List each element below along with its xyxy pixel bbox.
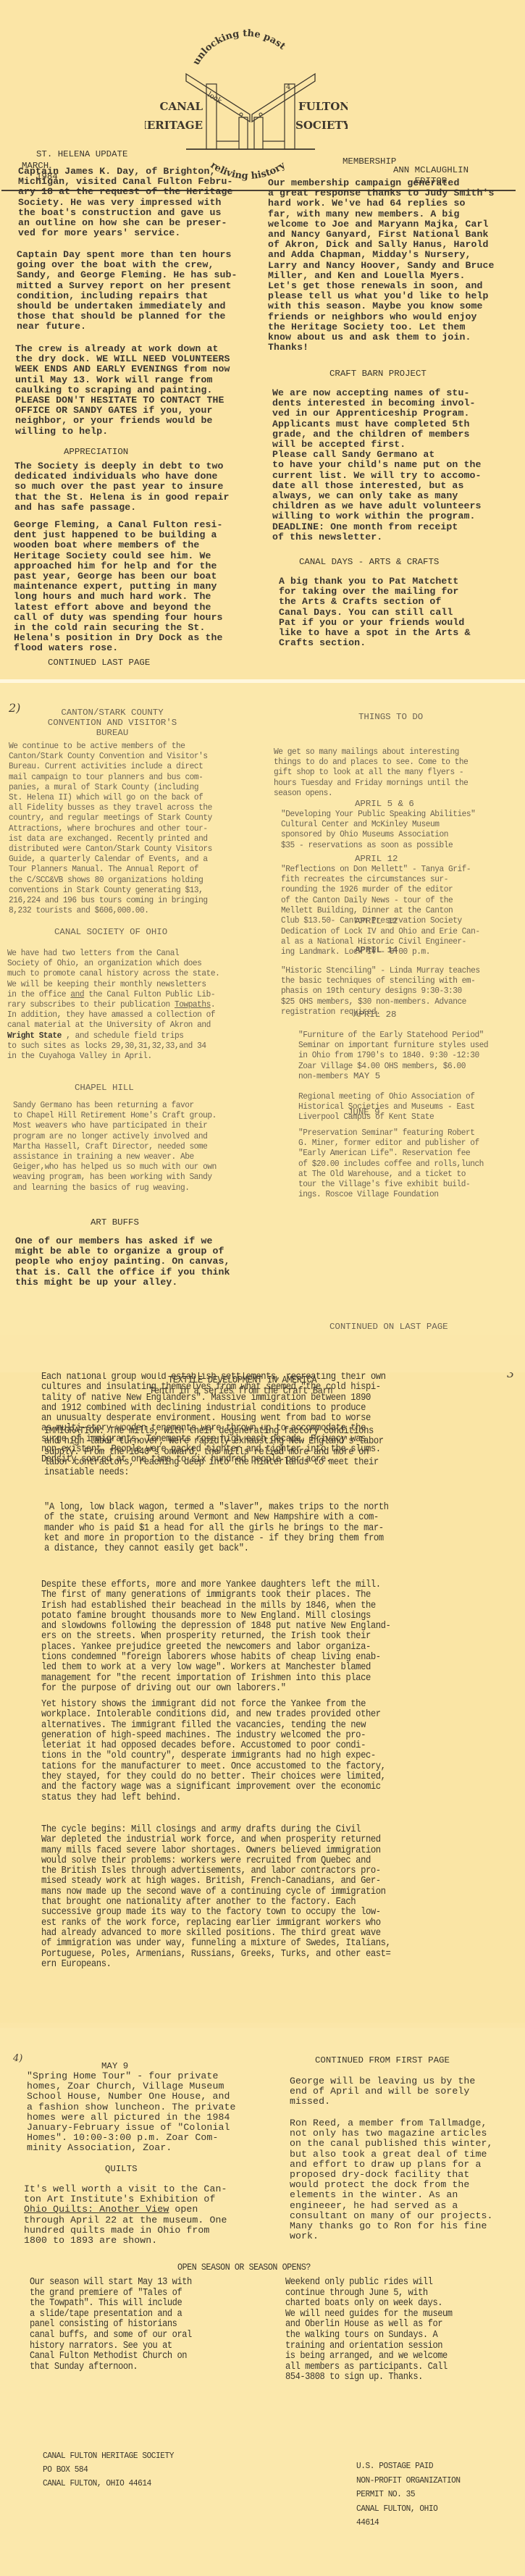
things-to-do-title: THINGS TO DO bbox=[358, 712, 423, 722]
quilts-body: It's well worth a visit to the Can- ton … bbox=[24, 2184, 227, 2246]
return-address: CANAL FULTON HERITAGE SOCIETY PO BOX 584… bbox=[43, 2449, 174, 2491]
st-helena-p1: Captain James K. Day, of Brighton, Michi… bbox=[18, 167, 233, 238]
event-date: APRIL 12 bbox=[355, 916, 398, 926]
event-description: "Developing Your Public Speaking Abiliti… bbox=[281, 809, 475, 850]
newsletter-page-3: 3 TEXTILE DEVELOPMENT IN AMERICA Tenth i… bbox=[0, 1372, 525, 2023]
st-helena-p3: The crew is already at work down at the … bbox=[15, 344, 230, 437]
canal-society-body: We have had two letters from the Canal S… bbox=[7, 948, 219, 1061]
article-paragraph: Each national group would establish sett… bbox=[41, 1372, 386, 1466]
event-description: Regional meeting of Ohio Association of … bbox=[298, 1091, 474, 1123]
article-paragraph: The cycle begins: Mill closings and army… bbox=[41, 1825, 390, 1970]
things-continued: CONTINUED ON LAST PAGE bbox=[329, 1322, 448, 1332]
may9-date: MAY 9 bbox=[101, 2061, 128, 2071]
membership-body: Our membership campaign generated a grea… bbox=[268, 178, 495, 353]
appreciation-title: APPRECIATION bbox=[64, 447, 128, 457]
event-date: APRIL 12 bbox=[355, 854, 398, 864]
page-number: 4) bbox=[13, 2053, 22, 2064]
open-season-left: Our season will start May 13 with the gr… bbox=[30, 2278, 192, 2372]
publication-title: Towpaths bbox=[175, 999, 211, 1010]
event-description: "Furniture of the Early Statehood Period… bbox=[298, 1030, 488, 1081]
event-date: APRIL 28 bbox=[353, 1010, 397, 1020]
appreciation-p2: George Fleming, a Canal Fulton resi- den… bbox=[14, 520, 223, 654]
craft-barn-title: CRAFT BARN PROJECT bbox=[329, 369, 427, 379]
appreciation-continued: CONTINUED LAST PAGE bbox=[48, 658, 150, 668]
canal-days-body: A big thank you to Pat Matchett for taki… bbox=[279, 576, 470, 648]
art-buffs-title: ART BUFFS bbox=[91, 1217, 139, 1228]
svg-text:SOCIETY: SOCIETY bbox=[295, 119, 348, 132]
appreciation-p1: The Society is deeply in debt to two ded… bbox=[14, 461, 230, 513]
things-to-do-intro: We get so many mailings about interestin… bbox=[274, 747, 468, 798]
event-date: APRIL 14 bbox=[355, 945, 398, 955]
open-season-title: OPEN SEASON OR SEASON OPENS? bbox=[177, 2262, 311, 2273]
page-number: 2) bbox=[9, 701, 20, 715]
svg-text:4: 4 bbox=[286, 83, 290, 91]
svg-text:CANAL: CANAL bbox=[160, 100, 203, 113]
quilts-title: QUILTS bbox=[105, 2164, 138, 2174]
continued-p2: Ron Reed, a member from Tallmadge, not o… bbox=[290, 2118, 492, 2241]
craft-barn-body: We are now accepting names of stu- dents… bbox=[272, 388, 482, 542]
art-buffs-body: One of our members has asked if we might… bbox=[15, 1236, 230, 1288]
event-date: MAY 5 bbox=[353, 1071, 380, 1081]
membership-title: MEMBERSHIP bbox=[343, 156, 396, 167]
open-season-right: Weekend only public rides will continue … bbox=[285, 2278, 453, 2383]
editor-name: ANN MCLAUGHLIN bbox=[380, 165, 482, 175]
st-helena-p2: Captain Day spent more than ten hours go… bbox=[17, 250, 238, 332]
canal-days-title: CANAL DAYS - ARTS & CRAFTS bbox=[299, 557, 439, 567]
svg-text:HERITAGE: HERITAGE bbox=[145, 119, 203, 132]
chapel-hill-title: CHAPEL HILL bbox=[75, 1083, 134, 1093]
newsletter-page-4: 4) MAY 9 "Spring Home Tour" - four priva… bbox=[0, 2028, 525, 2576]
chapel-hill-body: Sandy Germano has been returning a favor… bbox=[13, 1100, 217, 1193]
exhibit-title: Ohio Quilts: Another View bbox=[24, 2204, 169, 2215]
continued-p1: George will be leaving us by the end of … bbox=[290, 2076, 475, 2107]
svg-text:FULTON: FULTON bbox=[298, 100, 348, 113]
event-date: APRIL 5 & 6 bbox=[355, 799, 414, 809]
svg-text:unlocking the past: unlocking the past bbox=[191, 28, 287, 67]
bureau-title: CANTON/STARK COUNTY CONVENTION AND VISIT… bbox=[29, 708, 196, 738]
event-description: "Preservation Seminar" featuring Robert … bbox=[298, 1128, 484, 1199]
newsletter-page-1: unlocking the past reliving history lock… bbox=[0, 0, 525, 679]
canal-society-title: CANAL SOCIETY OF OHIO bbox=[54, 927, 167, 937]
may9-body: "Spring Home Tour" - four private homes,… bbox=[27, 2071, 236, 2154]
newsletter-page-2: 2) CANTON/STARK COUNTY CONVENTION AND VI… bbox=[0, 683, 525, 1335]
page-number: 3 bbox=[507, 1372, 514, 1380]
postage-indicia: U.S. POSTAGE PAID NON-PROFIT ORGANIZATIO… bbox=[356, 2459, 461, 2530]
article-paragraph: "A long, low black wagon, termed a "slav… bbox=[44, 1503, 389, 1554]
article-paragraph: Despite these efforts, more and more Yan… bbox=[41, 1580, 390, 1694]
article-paragraph: Yet history shows the immigrant did not … bbox=[41, 1700, 386, 1803]
bureau-body: We continue to be active members of the … bbox=[9, 741, 212, 915]
event-date: JUNE 9 bbox=[348, 1107, 380, 1117]
continued-from-first-title: CONTINUED FROM FIRST PAGE bbox=[315, 2055, 450, 2065]
st-helena-title: ST. HELENA UPDATE bbox=[36, 149, 181, 159]
